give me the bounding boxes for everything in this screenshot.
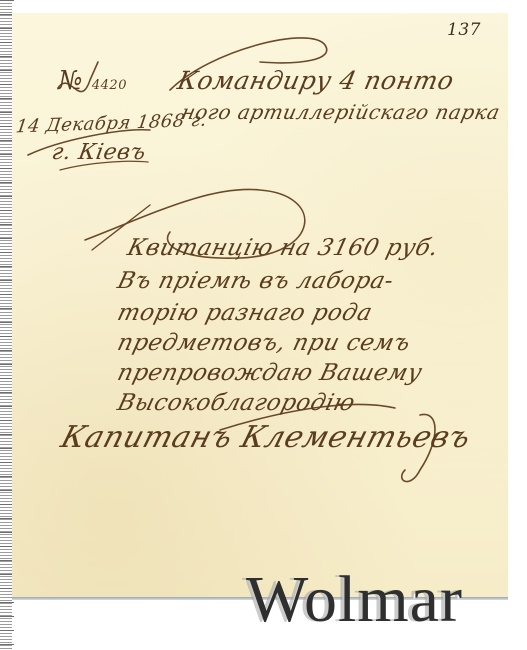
addressee-line-2: ного артиллерійскаго парка — [179, 100, 502, 124]
reference-value: 4420 — [92, 78, 127, 93]
signature: Капитанъ Клементьевъ — [57, 420, 475, 455]
reference-prefix: № — [58, 66, 83, 96]
folio-number: 137 — [447, 20, 481, 40]
body-line-1: Квитанцію на 3160 руб. — [125, 235, 442, 261]
watermark-text: Wolmar — [246, 562, 463, 638]
body-line-6: Высокоблагородію — [115, 390, 358, 416]
body-line-4: предметовъ, при семъ — [115, 330, 413, 356]
place-line: г. Кіевъ — [50, 140, 148, 165]
reference-number: № 4420 — [58, 66, 127, 96]
body-line-5: препровождаю Вашему — [115, 360, 425, 386]
body-line-3: торію разнаго рода — [115, 300, 375, 326]
addressee-line-1: Командиру 4 понто — [175, 66, 457, 95]
body-line-2: Въ пріемѣ въ лабора- — [115, 268, 397, 294]
